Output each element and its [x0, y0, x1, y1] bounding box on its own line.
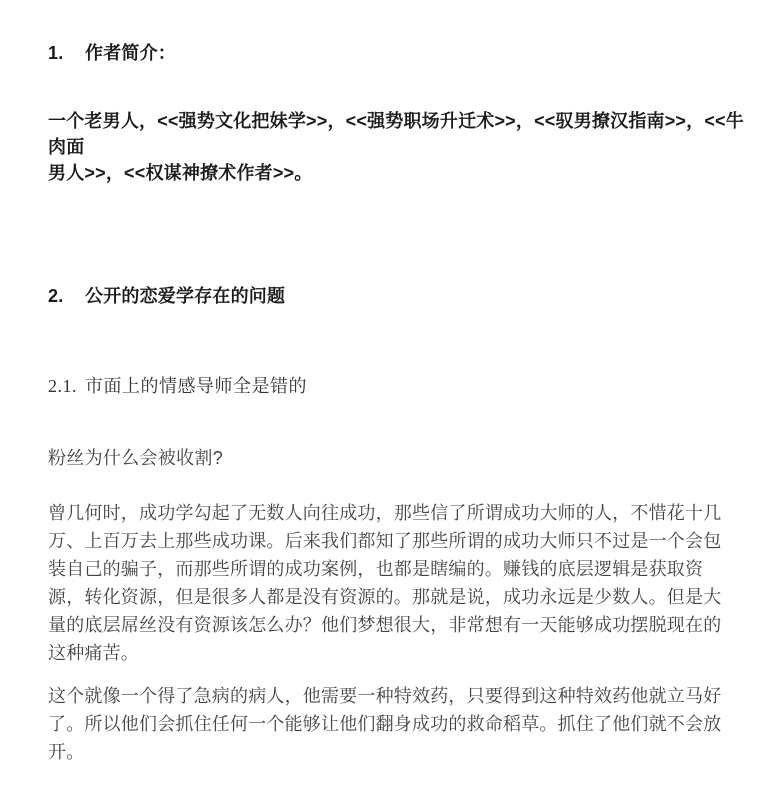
- subsection-2-1-title: 市面上的情感导师全是错的: [85, 376, 307, 396]
- subsection-2-1-number: 2.1.: [48, 372, 85, 400]
- section-1-title: 作者简介：: [85, 43, 176, 63]
- body-paragraph-2: 这个就像一个得了急病的病人，他需要一种特效药，只要得到这种特效药他就立马好 了。…: [48, 682, 748, 766]
- section-1-heading: 1.作者简介：: [48, 40, 748, 66]
- author-intro-paragraph: 一个老男人，<<强势文化把妹学>>，<<强势职场升迁术>>，<<驭男撩汉指南>>…: [48, 108, 748, 186]
- section-2-heading: 2.公开的恋爱学存在的问题: [48, 283, 748, 309]
- body-paragraph-1: 曾几何时，成功学勾起了无数人向往成功，那些信了所谓成功大师的人，不惜花十几 万、…: [48, 499, 748, 667]
- section-2-number: 2.: [48, 283, 85, 309]
- subsection-2-1-heading: 2.1.市面上的情感导师全是错的: [48, 372, 748, 400]
- document-page: 1.作者简介： 一个老男人，<<强势文化把妹学>>，<<强势职场升迁术>>，<<…: [0, 0, 784, 798]
- question-line: 粉丝为什么会被收割?: [48, 444, 748, 472]
- section-1-number: 1.: [48, 40, 85, 66]
- section-2-title: 公开的恋爱学存在的问题: [85, 286, 285, 306]
